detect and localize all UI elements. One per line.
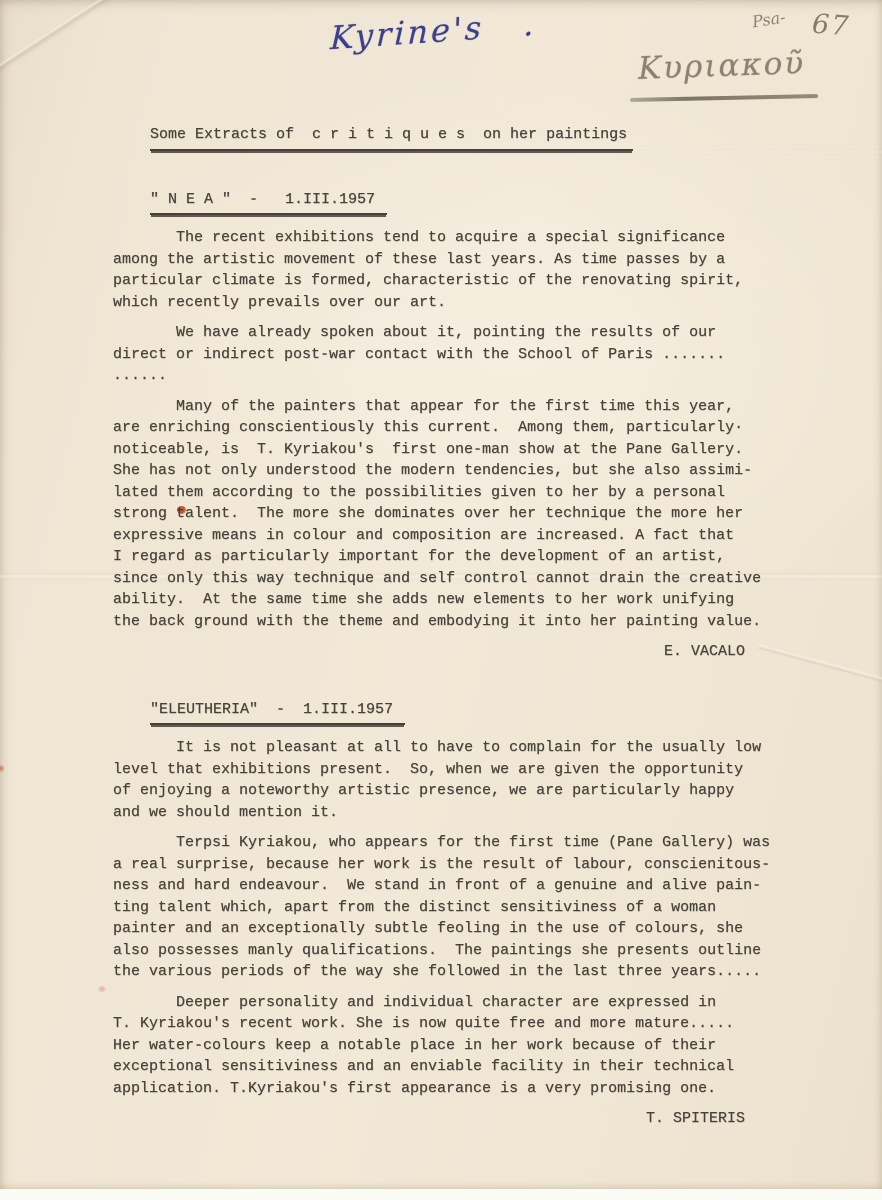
document-page: Kyrine's . Psa- 67 Κυριακοῦ Some Extract… [0,0,882,1189]
ink-stain-faint [98,986,106,992]
heading-row: " N E A " - 1.III.1957 [150,189,813,216]
page-number-pencil: 67 [811,9,851,43]
paragraph: The recent exhibitions tend to acquire a… [113,227,813,313]
section-nea: " N E A " - 1.III.1957 The recent exhibi… [113,189,813,663]
title-row: Some Extracts of c r i t i q u e s on he… [150,124,813,151]
paragraph: Many of the painters that appear for the… [113,396,813,633]
typewritten-content: Some Extracts of c r i t i q u e s on he… [113,124,813,1130]
section-heading-eleutheria: "ELEUTHERIA" - 1.III.1957 [150,699,405,726]
paragraph: Deeper personality and individual charac… [113,992,813,1100]
paragraph: Terpsi Kyriakou, who appears for the fir… [113,832,813,983]
fold-crease-top-left [0,0,117,74]
pencil-underline [630,94,818,102]
handwritten-name-ink: Kyrine's . [330,5,538,58]
archive-code-pencil: Psa- [751,7,787,31]
handwritten-name-pencil: Κυριακοῦ [637,45,805,87]
section-heading-nea: " N E A " - 1.III.1957 [150,189,387,216]
section-eleutheria: "ELEUTHERIA" - 1.III.1957 It is not plea… [113,699,813,1130]
signature-vacalo: E. VACALO [113,641,813,663]
paragraph: It is not pleasant at all to have to com… [113,737,813,823]
document-title: Some Extracts of c r i t i q u e s on he… [150,124,633,151]
heading-row: "ELEUTHERIA" - 1.III.1957 [150,699,813,726]
ink-stain-left-edge [0,765,4,772]
signature-spiteris: T. SPITERIS [113,1108,813,1130]
paragraph: We have already spoken about it, pointin… [113,322,813,387]
